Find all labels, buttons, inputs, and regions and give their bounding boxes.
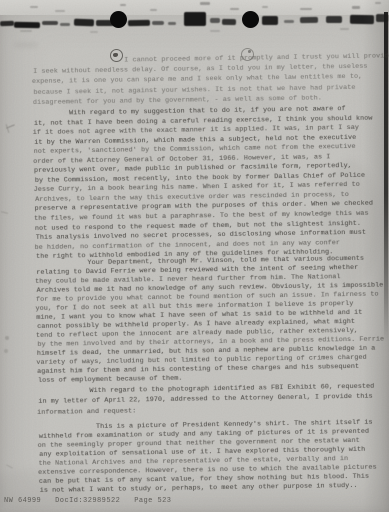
letter-body: I cannot proceed more of it promptly and… — [0, 0, 389, 512]
paragraph-1: I cannot proceed more of it promptly and… — [32, 51, 383, 108]
paragraph-4: With regard to the photograph identified… — [37, 381, 387, 417]
archive-reference-footer: NW 64999 DocId:32989522 Page 523 — [4, 497, 171, 505]
paragraph-3: Your Department, through Mr. Vinson, tol… — [35, 254, 387, 385]
paragraph-2: With regard to my suggestion that to do … — [33, 104, 385, 262]
scanned-letter-page: I cannot proceed more of it promptly and… — [0, 0, 389, 512]
paragraph-5: This is a picture of President Kennedy's… — [38, 418, 389, 495]
